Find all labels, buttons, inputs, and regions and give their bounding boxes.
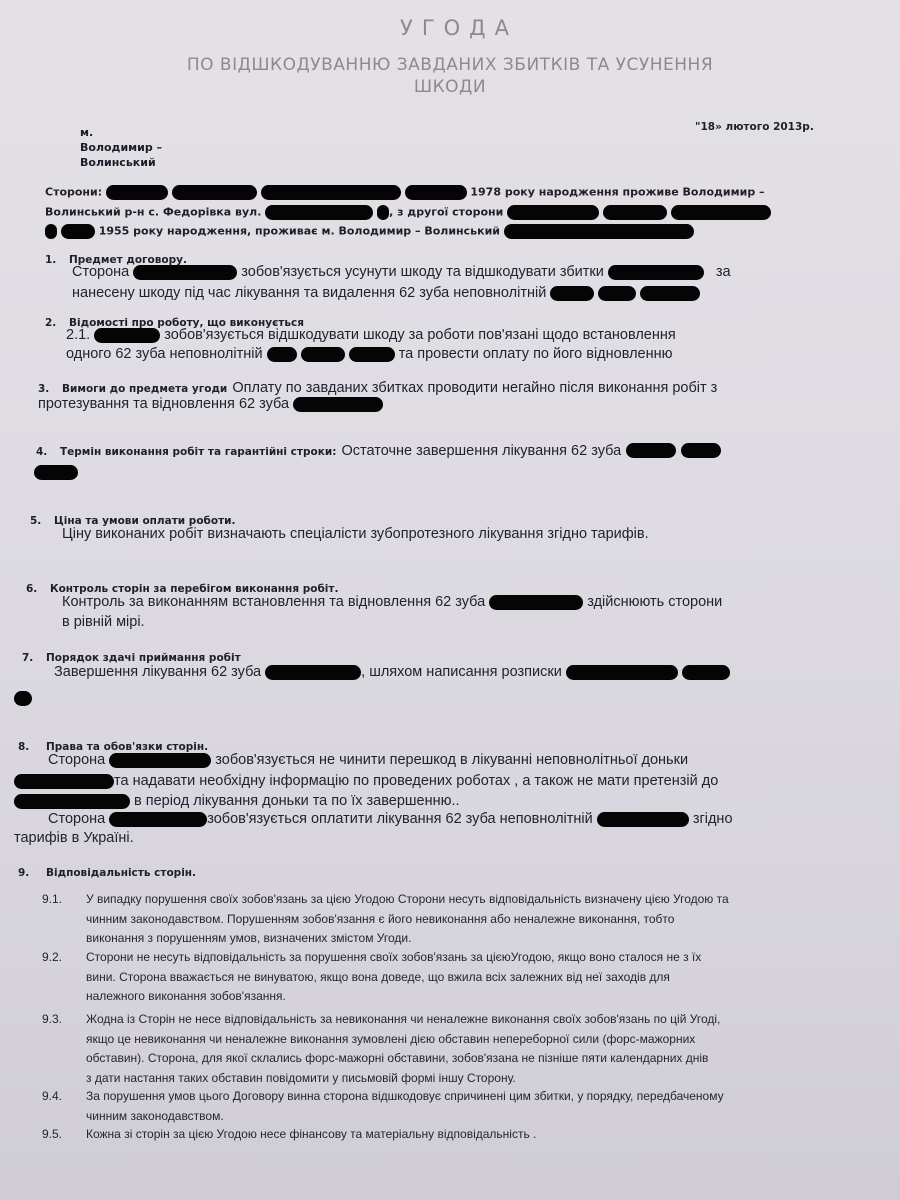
redaction — [640, 286, 700, 301]
clause-number: 9.3. — [42, 1012, 62, 1026]
redaction — [608, 265, 704, 280]
redaction — [597, 812, 689, 827]
parties-line-2: Волинський р-н с. Федорівка вул. , з дру… — [45, 205, 771, 220]
section-text: зобов'язується не чинити перешкод в ліку… — [215, 752, 688, 768]
parties-text: 1978 року народження проживе Володимир – — [470, 186, 764, 199]
section-text: в рівній мірі. — [62, 614, 145, 630]
document-subtitle-line1: ПО ВІДШКОДУВАННЮ ЗАВДАНИХ ЗБИТКІВ ТА УСУ… — [0, 55, 900, 75]
section-number: 6. — [26, 583, 50, 595]
section-text: Завершення лікування 62 зуба — [54, 664, 261, 680]
city-line: Волинський — [80, 155, 162, 170]
parties-text: , з другої сторони — [389, 206, 503, 219]
redaction — [14, 794, 130, 809]
section-8-line-3: в період лікування доньки та по їх завер… — [14, 793, 460, 809]
section-8-line-2: та надавати необхідну інформацію по пров… — [14, 773, 718, 789]
clause-line: чинним законодавством. Порушенням зобов'… — [86, 912, 674, 926]
city-line: м. — [80, 125, 162, 140]
section-text: Сторона — [72, 264, 129, 280]
clause-number: 9.2. — [42, 950, 62, 964]
clause-line: виконання з порушенням умов, визначених … — [86, 931, 411, 945]
section-8-line-4: Сторона зобов'язується оплатити лікуванн… — [48, 811, 733, 827]
parties-line-3: 1955 року народження, проживає м. Володи… — [45, 224, 694, 239]
section-text: та провести оплату по його відновленню — [399, 346, 673, 362]
redaction — [106, 185, 168, 200]
document-subtitle-line2: ШКОДИ — [0, 77, 900, 97]
clause-line: належного виконання зобов'язання. — [86, 989, 286, 1003]
section-heading: Вимоги до предмета угоди — [62, 383, 227, 395]
redaction — [377, 205, 389, 220]
section-1-line-1: Сторона зобов'язується усунути шкоду та … — [72, 264, 731, 280]
clause-line: з дати настання таких обставин повідомит… — [86, 1071, 516, 1085]
section-text: протезування та відновлення 62 зуба — [38, 396, 289, 412]
section-text: Сторона — [48, 811, 105, 827]
section-4-line-1: 4.Термін виконання робіт та гарантійні с… — [36, 440, 721, 459]
document-title: УГОДА — [0, 16, 900, 40]
section-heading: Порядок здачі приймання робіт — [46, 652, 241, 664]
redaction — [489, 595, 583, 610]
parties-label: Сторони: — [45, 186, 102, 199]
section-text: Оплату по завданих збитках проводити нег… — [232, 380, 717, 396]
redaction — [14, 774, 114, 789]
clause-number: 9.4. — [42, 1089, 62, 1103]
section-number: 1. — [45, 254, 69, 266]
redaction — [172, 185, 257, 200]
section-1-line-2: нанесену шкоду під час лікування та вида… — [72, 285, 700, 301]
section-text: Контроль за виконанням встановлення та в… — [62, 594, 485, 610]
section-2-line-2: одного 62 зуба неповнолітній та провести… — [66, 346, 672, 362]
section-text: 2.1. — [66, 327, 90, 343]
clause-line: У випадку порушення своїх зобов'язань за… — [86, 892, 729, 906]
section-heading: Термін виконання робіт та гарантійні стр… — [60, 446, 336, 458]
clause-line: Сторони не несуть відповідальність за по… — [86, 950, 701, 964]
section-number: 3. — [38, 383, 62, 395]
redaction — [45, 224, 57, 239]
section-text: зобов'язується усунути шкоду та відшкоду… — [241, 264, 604, 280]
section-8-line-1: Сторона зобов'язується не чинити перешко… — [48, 752, 688, 768]
clause-line: чинним законодавством. — [86, 1109, 224, 1123]
redaction — [261, 185, 401, 200]
section-9-heading: 9.Відповідальність сторін. — [18, 867, 196, 879]
section-text: зобов'язується оплатити лікування 62 зуб… — [207, 811, 593, 827]
redaction — [598, 286, 636, 301]
redaction — [267, 347, 297, 362]
redaction — [603, 205, 667, 220]
redaction — [626, 443, 676, 458]
redaction — [265, 205, 373, 220]
section-text: згідно — [693, 811, 733, 827]
section-text: тарифів в Україні. — [14, 830, 134, 846]
section-number: 4. — [36, 446, 60, 458]
redaction — [566, 665, 678, 680]
section-6-line-2: в рівній мірі. — [62, 614, 145, 630]
section-text: в період лікування доньки та по їх завер… — [134, 793, 460, 809]
clause-line: вини. Сторона вважається не винуватою, я… — [86, 970, 670, 984]
redaction — [133, 265, 237, 280]
redaction — [671, 205, 771, 220]
section-text: Сторона — [48, 752, 105, 768]
clause-number: 9.5. — [42, 1127, 62, 1141]
section-4-line-2 — [34, 462, 78, 481]
redaction — [682, 665, 730, 680]
redaction — [550, 286, 594, 301]
document-date: "18» лютого 2013р. — [695, 121, 814, 133]
section-text: зобов'язується відшкодувати шкоду за роб… — [164, 327, 676, 343]
section-7-heading: 7.Порядок здачі приймання робіт — [22, 652, 241, 664]
city-line: Володимир – — [80, 140, 162, 155]
section-2-line-1: 2.1. зобов'язується відшкодувати шкоду з… — [66, 327, 676, 343]
redaction — [14, 691, 32, 706]
section-heading: Відповідальність сторін. — [46, 867, 196, 879]
redaction — [34, 465, 78, 480]
section-7-line-2 — [14, 688, 32, 707]
redaction — [61, 224, 95, 239]
section-number: 8. — [18, 741, 46, 753]
section-6-line-1: Контроль за виконанням встановлення та в… — [62, 594, 722, 610]
redaction — [349, 347, 395, 362]
redaction — [405, 185, 467, 200]
redaction — [504, 224, 694, 239]
section-number: 7. — [22, 652, 46, 664]
section-text: за — [716, 264, 731, 280]
parties-text: 1955 року народження, проживає м. Володи… — [99, 225, 500, 238]
clause-line: якщо це невиконання чи неналежне виконан… — [86, 1032, 695, 1046]
section-number: 5. — [30, 515, 54, 527]
section-5-line-1: Ціну виконаних робіт визначають спеціалі… — [62, 526, 649, 542]
city-block: м. Володимир – Волинський — [80, 125, 162, 170]
redaction — [293, 397, 383, 412]
section-text: Ціну виконаних робіт визначають спеціалі… — [62, 526, 649, 542]
clause-line: Жодна із Сторін не несе відповідальність… — [86, 1012, 720, 1026]
redaction — [507, 205, 599, 220]
clause-line: обставин). Сторона, для якої склались фо… — [86, 1051, 708, 1065]
section-text: та надавати необхідну інформацію по пров… — [114, 773, 718, 789]
redaction — [94, 328, 160, 343]
parties-text: Волинський р-н с. Федорівка вул. — [45, 206, 261, 219]
section-text: нанесену шкоду під час лікування та вида… — [72, 285, 546, 301]
redaction — [265, 665, 361, 680]
section-3-line-1: 3.Вимоги до предмета угоди Оплату по зав… — [38, 377, 717, 396]
section-text: одного 62 зуба неповнолітній — [66, 346, 263, 362]
redaction — [109, 812, 207, 827]
section-8-line-5: тарифів в Україні. — [14, 830, 134, 846]
redaction — [681, 443, 721, 458]
section-7-line-1: Завершення лікування 62 зуба , шляхом на… — [54, 664, 730, 680]
section-number: 9. — [18, 867, 46, 879]
clause-number: 9.1. — [42, 892, 62, 906]
section-3-line-2: протезування та відновлення 62 зуба — [38, 396, 383, 412]
clause-line: Кожна зі сторін за цією Угодою несе фіна… — [86, 1127, 536, 1141]
parties-line-1: Сторони: 1978 року народження проживе Во… — [45, 185, 765, 200]
redaction — [301, 347, 345, 362]
section-text: здійснюють сторони — [587, 594, 722, 610]
redaction — [109, 753, 211, 768]
section-text: , шляхом написання розписки — [361, 664, 562, 680]
section-text: Остаточне завершення лікування 62 зуба — [342, 443, 622, 459]
clause-line: За порушення умов цього Договору винна с… — [86, 1089, 724, 1103]
